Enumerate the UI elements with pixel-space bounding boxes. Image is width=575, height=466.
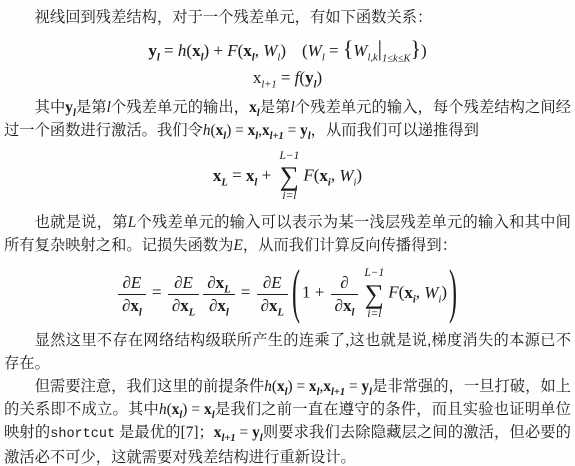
math-token: ) bbox=[356, 166, 362, 185]
text-run: 个残差单元的输出， bbox=[111, 99, 249, 116]
inline-math: yl bbox=[65, 99, 76, 116]
math-fraction: ∂E∂xL bbox=[257, 273, 288, 316]
math-fraction: ∂∂xl bbox=[331, 273, 359, 316]
math-token: E bbox=[131, 273, 141, 292]
math-token: Wl bbox=[263, 41, 280, 60]
inline-math: h(xl) = xl,xl+1 = yl bbox=[203, 122, 311, 139]
math-token: xl+1 bbox=[253, 68, 277, 87]
math-token: F bbox=[303, 166, 313, 185]
paragraph-intro: 视线回到残差结构，对于一个残差单元，有如下函数关系： bbox=[4, 6, 571, 29]
inline-math: xl+1 = yl bbox=[214, 424, 263, 441]
math-token: xi bbox=[404, 283, 415, 302]
math-token: yl bbox=[300, 122, 311, 139]
math-token: Wl bbox=[308, 41, 325, 60]
paragraph-conditions: 但需要注意，我们这里的前提条件h(xl) = xl,xl+1 = yl是非常强的… bbox=[4, 375, 571, 466]
math-token: + bbox=[257, 166, 275, 185]
big-paren: ) bbox=[449, 260, 457, 328]
code-run: shortcut bbox=[50, 427, 115, 442]
math-token: ) = bbox=[226, 122, 247, 139]
math-token: ) bbox=[280, 41, 286, 60]
math-token: ) = bbox=[182, 401, 204, 418]
math-token: xl bbox=[217, 296, 228, 315]
math-token: h bbox=[203, 122, 211, 139]
math-token: = bbox=[228, 166, 246, 185]
text-run: 视线回到残差结构，对于一个残差单元，有如下函数关系： bbox=[35, 9, 433, 26]
text-run: 其中 bbox=[35, 99, 66, 116]
inline-math: h(xl) = xl bbox=[159, 401, 215, 418]
math-token: xl+1 bbox=[214, 424, 236, 441]
math-token: ) bbox=[421, 41, 427, 60]
math-fraction: ∂E∂xL bbox=[168, 273, 199, 316]
math-token: ) + bbox=[203, 41, 227, 60]
math-token: { bbox=[343, 37, 353, 61]
math-token: yl bbox=[305, 68, 316, 87]
math-token: ) bbox=[441, 283, 447, 302]
math-token: xl bbox=[277, 378, 288, 395]
text-run: 是第 bbox=[260, 99, 291, 116]
formula-residual-unit: yl = h(xl) + F(xl, Wl)(Wl = {Wl,k|1≤k≤K}… bbox=[4, 37, 571, 62]
math-token: xl bbox=[172, 401, 183, 418]
paragraph-gradient-note: 显然这里不存在网络结构级联所产生的连乘了,这也就是说,梯度消失的本源已不存在。 bbox=[4, 329, 571, 375]
text-run: ，从而我们可以递推得到 bbox=[311, 122, 479, 139]
math-token: xl bbox=[192, 41, 203, 60]
math-token: xl bbox=[248, 122, 259, 139]
math-token: } bbox=[410, 37, 420, 61]
text-run: 也就是说，第 bbox=[35, 214, 128, 231]
math-token: Wl,k bbox=[353, 41, 377, 60]
math-token: yl bbox=[65, 99, 76, 116]
math-token: xl bbox=[130, 296, 141, 315]
math-token: ∂ bbox=[122, 273, 130, 292]
math-token: ∂ bbox=[340, 273, 348, 292]
math-token: ∂ bbox=[261, 296, 269, 315]
math-token: xl bbox=[309, 378, 320, 395]
math-token: xl+1 bbox=[262, 122, 284, 139]
math-token: xL bbox=[180, 296, 195, 315]
math-fraction: ∂E∂xl bbox=[118, 273, 146, 316]
math-token: xl+1 bbox=[323, 378, 345, 395]
math-token: , bbox=[255, 41, 264, 60]
math-token: E bbox=[233, 237, 242, 254]
math-token: = bbox=[237, 283, 255, 302]
math-token: h bbox=[264, 378, 272, 395]
math-token: = bbox=[148, 283, 166, 302]
formula-recursive-sum: xL = xl + L−1∑i=lF(xi, Wi) bbox=[4, 150, 571, 203]
math-token: xl bbox=[243, 41, 254, 60]
summation-symbol: L−1∑i=l bbox=[279, 150, 299, 203]
math-token: xL bbox=[213, 166, 228, 185]
summation-symbol: L−1∑i=l bbox=[364, 267, 384, 320]
math-token: ) = bbox=[288, 378, 309, 395]
math-token: xl bbox=[204, 401, 215, 418]
math-token: E bbox=[271, 273, 281, 292]
math-token: F bbox=[227, 41, 237, 60]
math-token: xl bbox=[249, 99, 260, 116]
math-token: ( bbox=[167, 401, 172, 418]
math-token: L bbox=[128, 214, 137, 231]
inline-math: L bbox=[128, 214, 137, 231]
math-token: xl bbox=[216, 122, 227, 139]
math-token: ∂ bbox=[335, 296, 343, 315]
math-token: xl bbox=[343, 296, 354, 315]
math-token: |1≤k≤K bbox=[378, 37, 411, 61]
text-run: ，从而我们计算反向传播得到： bbox=[243, 237, 457, 254]
math-token: xl bbox=[246, 166, 257, 185]
math-token: E bbox=[183, 273, 193, 292]
math-fraction: ∂xL∂xl bbox=[203, 273, 234, 316]
math-token: xL bbox=[269, 296, 284, 315]
math-token: , bbox=[416, 283, 425, 302]
math-token: 1 + bbox=[302, 283, 329, 302]
paragraph-notation: 其中yl是第l个残差单元的输出，xl是第l个残差单元的输入，每个残差结构之间经过… bbox=[4, 96, 571, 142]
formula-activation: xl+1 = f(yl) bbox=[4, 68, 571, 88]
math-token: Wi bbox=[339, 166, 356, 185]
math-token: = bbox=[277, 68, 295, 87]
math-token: ) bbox=[317, 68, 323, 87]
math-token: yl bbox=[361, 378, 372, 395]
formula-backprop: ∂E∂xl = ∂E∂xL∂xL∂xl = ∂E∂xL(1 + ∂∂xlL−1∑… bbox=[4, 267, 571, 320]
math-token: ( bbox=[211, 122, 216, 139]
paragraph-recursive: 也就是说，第L个残差单元的输入可以表示为某一浅层残差单元的输入和其中间所有复杂映… bbox=[4, 211, 571, 257]
inline-math: h(xl) = xl,xl+1 = yl bbox=[264, 378, 372, 395]
math-token: ( bbox=[302, 41, 308, 60]
math-token: F bbox=[388, 283, 398, 302]
text-run: 显然这里不存在网络结构级联所产生的连乘了,这也就是说,梯度消失的本源已不存在。 bbox=[4, 332, 571, 372]
math-token: Wi bbox=[424, 283, 441, 302]
text-run: 但需要注意，我们这里的前提条件 bbox=[35, 378, 265, 395]
math-token: = bbox=[284, 122, 300, 139]
math-token: yl bbox=[252, 424, 263, 441]
math-token: = bbox=[236, 424, 253, 441]
text-run: 是第 bbox=[76, 99, 107, 116]
math-token: ∂ bbox=[207, 273, 215, 292]
math-token: = bbox=[345, 378, 361, 395]
inline-math: E bbox=[233, 237, 242, 254]
math-token: h bbox=[159, 401, 167, 418]
math-token: xL bbox=[216, 273, 231, 292]
document-page: 视线回到残差结构，对于一个残差单元，有如下函数关系： yl = h(xl) + … bbox=[0, 0, 575, 466]
big-paren: ( bbox=[292, 260, 300, 328]
math-token: yl bbox=[148, 41, 159, 60]
math-token: xi bbox=[319, 166, 330, 185]
math-token: = bbox=[160, 41, 178, 60]
math-token: ∂ bbox=[174, 273, 182, 292]
inline-math: xl bbox=[249, 99, 260, 116]
math-token: = bbox=[325, 41, 343, 60]
text-run: 是最优的[7]； bbox=[115, 424, 214, 441]
